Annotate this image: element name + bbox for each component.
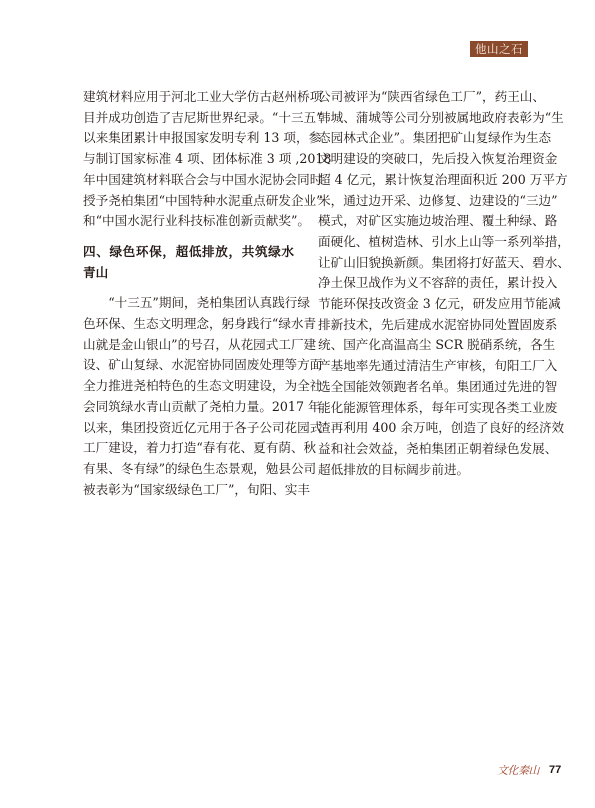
magazine-logo: 文化秦山: [497, 762, 539, 778]
paragraph: “十三五”期间，尧柏集团认真践行绿 色环保、生态文明理念，躬身践行“绿水青 山就…: [83, 293, 294, 500]
text-line: 目并成功创造了吉尼斯世界纪录。“十三五”: [83, 108, 294, 129]
right-column: 公司被评为“陕西省绿色工厂”，药王山、 韩城、蒲城等公司分别被属地政府表彰为“生…: [318, 87, 529, 480]
text-line: 年中国建筑材料联合会与中国水泥协会同时: [83, 170, 294, 191]
paragraph: 建筑材料应用于河北工业大学仿古赵州桥项 目并成功创造了吉尼斯世界纪录。“十三五”…: [83, 87, 294, 232]
text-line: 排新技术，先后建成水泥窑协同处置固废系: [318, 315, 529, 336]
text-line: 净土保卫战作为义不容辞的责任，累计投入: [318, 273, 529, 294]
text-line: 超低排放的目标阔步前进。: [318, 460, 529, 481]
text-line: 全力推进尧柏特色的生态文明建设，为全社: [83, 376, 294, 397]
page-footer: 文化秦山 77: [497, 760, 561, 780]
text-line: 节能环保技改资金 3 亿元，研发应用节能减: [318, 294, 529, 315]
text-line: 公司被评为“陕西省绿色工厂”，药王山、: [318, 87, 529, 108]
text-line: 设、矿山复绿、水泥窑协同固废处理等方面: [83, 355, 294, 376]
text-line: 会同筑绿水青山贡献了尧柏力量。2017 年: [83, 397, 294, 418]
section-heading: 四、绿色环保，超低排放，共筑绿水青山: [83, 242, 294, 283]
text-line: 工厂建设，着力打造“春有花、夏有荫、秋: [83, 438, 294, 459]
text-line: 授予尧柏集团“中国特种水泥重点研发企业”: [83, 191, 294, 212]
text-line: 统、国产化高温高尘 SCR 脱硝系统，各生: [318, 335, 529, 356]
text-line: 态园林式企业”。集团把矿山复绿作为生态: [318, 128, 529, 149]
text-line: 超 4 亿元，累计恢复治理面积近 200 万平方: [318, 170, 529, 191]
text-line: 文明建设的突破口，先后投入恢复治理资金: [318, 149, 529, 170]
text-line: 韩城、蒲城等公司分别被属地政府表彰为“生: [318, 108, 529, 129]
text-line: 米，通过边开采、边修复、边建设的“三边”: [318, 191, 529, 212]
text-line: 被表彰为“国家级绿色工厂”，旬阳、实丰: [83, 480, 294, 501]
page-number: 77: [549, 764, 561, 776]
left-column: 建筑材料应用于河北工业大学仿古赵州桥项 目并成功创造了吉尼斯世界纪录。“十三五”…: [83, 87, 294, 500]
text-line: 以来集团累计申报国家发明专利 13 项，参: [83, 128, 294, 149]
text-line: 益和社会效益，尧柏集团正朝着绿色发展、: [318, 439, 529, 460]
text-line: 模式，对矿区实施边坡治理、覆土种绿、路: [318, 211, 529, 232]
text-line: 能化能源管理体系，每年可实现各类工业废: [318, 398, 529, 419]
section-tag: 他山之石: [470, 41, 528, 57]
text-line: “十三五”期间，尧柏集团认真践行绿: [83, 293, 294, 314]
text-line: 面硬化、植树造林、引水上山等一系列举措，: [318, 232, 529, 253]
text-line: 山就是金山银山”的号召，从花园式工厂建: [83, 335, 294, 356]
text-line: 色环保、生态文明理念，躬身践行“绿水青: [83, 314, 294, 335]
text-line: 让矿山旧貌换新颜。集团将打好蓝天、碧水、: [318, 253, 529, 274]
text-line: 有果、冬有绿”的绿色生态景观，勉县公司: [83, 459, 294, 480]
text-line: 与制订国家标准 4 项、团体标准 3 项 ,2018: [83, 149, 294, 170]
text-line: 和“中国水泥行业科技标准创新贡献奖”。: [83, 211, 294, 232]
paragraph: 公司被评为“陕西省绿色工厂”，药王山、 韩城、蒲城等公司分别被属地政府表彰为“生…: [318, 87, 529, 480]
text-line: 建筑材料应用于河北工业大学仿古赵州桥项: [83, 87, 294, 108]
text-line: 渣再利用 400 余万吨，创造了良好的经济效: [318, 418, 529, 439]
text-line: 选全国能效领跑者名单。集团通过先进的智: [318, 377, 529, 398]
text-line: 以来，集团投资近亿元用于各子公司花园式: [83, 418, 294, 439]
text-line: 产基地率先通过清洁生产审核，旬阳工厂入: [318, 356, 529, 377]
